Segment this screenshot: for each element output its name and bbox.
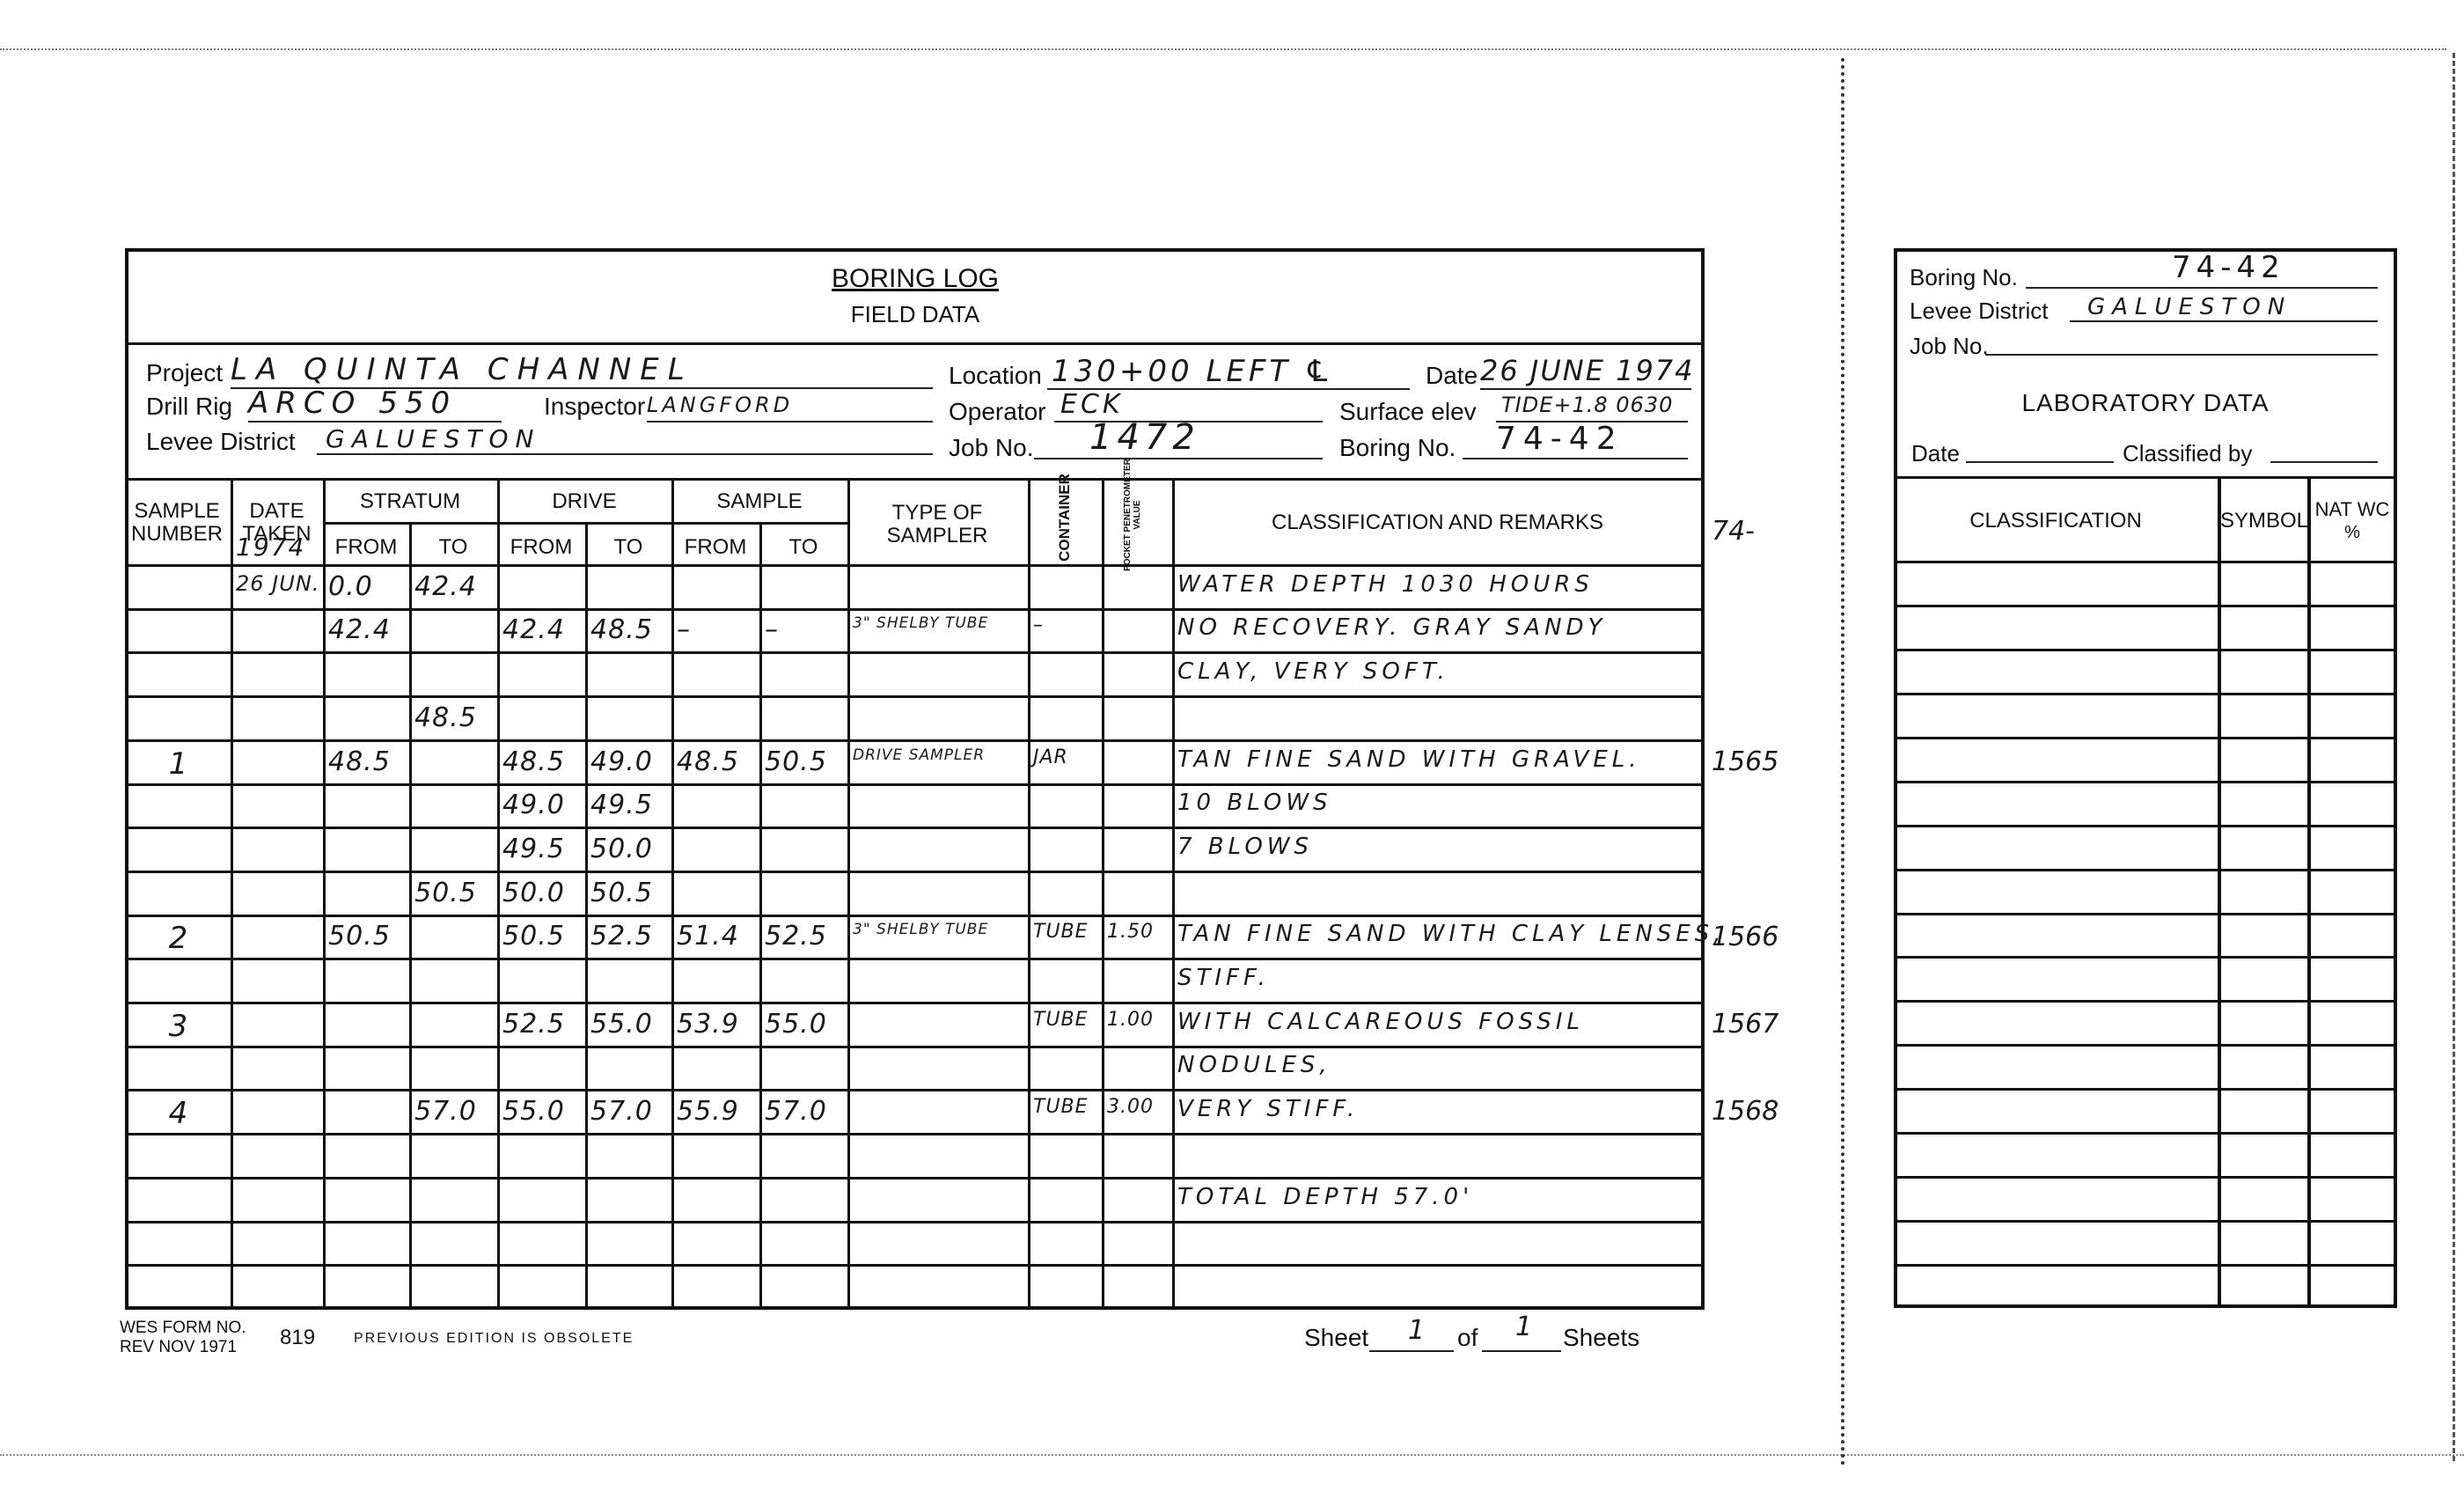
cell-drive-from[interactable]: 42.4	[502, 614, 582, 645]
cell-sample-number[interactable]: 3	[130, 1009, 227, 1044]
cell-container[interactable]: TUBE	[1033, 921, 1098, 943]
row-line	[125, 1046, 1705, 1048]
header-drive-from: FROM	[497, 535, 585, 560]
column-line	[847, 564, 850, 1308]
cell-sample-number[interactable]: 2	[130, 921, 227, 956]
row-line	[125, 1177, 1705, 1179]
margin-sample-id: 1567	[1712, 1009, 1778, 1040]
cell-drive-to[interactable]: 57.0	[590, 1096, 668, 1127]
of-label: of	[1457, 1324, 1478, 1352]
lab-table-row	[1894, 605, 2397, 607]
operator-label: Operator	[949, 398, 1046, 426]
location-value[interactable]: 130+00 LEFT ℄	[1052, 354, 1335, 389]
cell-stratum-from[interactable]: 0.0	[328, 571, 406, 602]
lab-boring-no-underline	[2026, 287, 2378, 289]
lab-table-row	[1894, 781, 2397, 783]
cell-type-of-sampler[interactable]: 3" SHELBY TUBE	[853, 921, 1024, 938]
row-line	[125, 1133, 1705, 1135]
cell-penetrometer-value[interactable]: 1.00	[1107, 1009, 1169, 1031]
column-line	[671, 564, 674, 1308]
header-column-line	[231, 478, 233, 564]
row-line	[125, 783, 1705, 786]
cell-sample-to[interactable]: 55.0	[765, 1009, 844, 1040]
form-title: BORING LOG	[0, 264, 1830, 294]
lab-table-row	[1894, 913, 2397, 915]
cell-sample-to[interactable]: 52.5	[765, 921, 844, 952]
cell-remarks[interactable]: WATER DEPTH 1030 HOURS	[1177, 571, 1701, 598]
lab-levee-district-value[interactable]: GALUESTON	[2087, 294, 2292, 320]
cell-sample-to[interactable]: –	[765, 614, 844, 645]
header-column-line	[671, 478, 674, 564]
column-line	[409, 564, 412, 1308]
column-line	[231, 564, 233, 1308]
cell-drive-to[interactable]: 49.0	[590, 746, 668, 777]
header-subcolumn-line	[409, 522, 412, 564]
margin-sample-id: 1565	[1712, 746, 1778, 777]
project-label: Project	[146, 359, 223, 387]
cell-remarks[interactable]: TAN FINE SAND WITH CLAY LENSES,	[1177, 921, 1701, 947]
cell-container[interactable]: –	[1033, 614, 1098, 636]
boring-no-underline	[1463, 458, 1688, 459]
row-line	[125, 1264, 1705, 1267]
cell-drive-to[interactable]: 50.5	[590, 878, 668, 908]
lab-col-line	[2218, 476, 2221, 1308]
lab-job-no-label: Job No.	[1910, 333, 1989, 360]
cell-stratum-to[interactable]: 50.5	[414, 878, 494, 908]
header-column-line	[1028, 478, 1030, 564]
cell-remarks[interactable]: VERY STIFF.	[1177, 1096, 1701, 1122]
boring-no-value[interactable]: 74-42	[1496, 421, 1624, 457]
date-value[interactable]: 26 JUNE 1974	[1480, 354, 1695, 387]
row-line	[125, 871, 1705, 873]
lab-table-row	[1894, 1088, 2397, 1091]
cell-type-of-sampler[interactable]: DRIVE SAMPLER	[853, 746, 1024, 764]
column-line	[1028, 564, 1030, 1308]
date-label: Date	[1426, 362, 1478, 390]
column-line	[759, 564, 762, 1308]
levee-district-underline	[317, 453, 933, 455]
sheet-value[interactable]: 1	[1408, 1315, 1428, 1346]
surface-elev-label: Surface elev	[1339, 398, 1477, 426]
of-underline	[1482, 1350, 1561, 1352]
of-value[interactable]: 1	[1515, 1312, 1536, 1342]
inspector-value[interactable]: LANGFORD	[647, 393, 793, 417]
cell-stratum-from[interactable]: 48.5	[328, 746, 406, 777]
cell-sample-from[interactable]: 55.9	[677, 1096, 756, 1127]
row-line	[125, 958, 1705, 960]
date-underline	[1480, 388, 1691, 390]
header-date-year: 1974	[236, 533, 305, 562]
cell-remarks[interactable]: 7 BLOWS	[1177, 834, 1701, 860]
cell-sample-number[interactable]: 4	[130, 1096, 227, 1131]
row-line	[125, 915, 1705, 917]
lab-table-row	[1894, 649, 2397, 651]
lab-title: LABORATORY DATA	[1894, 389, 2397, 417]
location-label: Location	[949, 362, 1042, 390]
job-no-label: Job No.	[949, 434, 1034, 462]
form-number-block: WES FORM NO. REV NOV 1971	[120, 1319, 246, 1357]
row-line	[125, 1089, 1705, 1091]
cell-drive-to[interactable]: 55.0	[590, 1009, 668, 1040]
cell-drive-from[interactable]: 49.5	[502, 834, 582, 864]
divider	[1894, 476, 2397, 479]
cell-container[interactable]: TUBE	[1033, 1096, 1098, 1118]
divider	[125, 564, 1705, 567]
header-drive: DRIVE	[497, 489, 671, 514]
lab-levee-district-underline	[2070, 320, 2378, 322]
cell-sample-from[interactable]: 51.4	[677, 921, 756, 952]
levee-district-label: Levee District	[146, 428, 296, 456]
cell-remarks[interactable]: CLAY, VERY SOFT.	[1177, 658, 1701, 685]
cell-remarks[interactable]: STIFF.	[1177, 965, 1701, 991]
header-column-line	[323, 478, 326, 564]
cell-sample-from[interactable]: 53.9	[677, 1009, 756, 1040]
cell-stratum-from[interactable]: 42.4	[328, 614, 406, 645]
job-no-underline	[1034, 458, 1323, 459]
header-column-line	[1102, 478, 1104, 564]
divider	[1894, 561, 2397, 563]
cell-stratum-to[interactable]: 57.0	[414, 1096, 494, 1127]
lab-date-underline	[1966, 461, 2114, 463]
lab-table-row	[1894, 956, 2397, 959]
header-stratum-to: TO	[409, 535, 497, 560]
column-line	[323, 564, 326, 1308]
lab-table-row	[1894, 1220, 2397, 1223]
margin-sample-id: 74-	[1712, 516, 1755, 547]
lab-classified-by-label: Classified by	[2123, 440, 2252, 467]
header-sample-number: SAMPLE NUMBER	[125, 500, 229, 546]
lab-table-row	[1894, 1264, 2397, 1267]
drill-rig-label: Drill Rig	[146, 393, 232, 421]
sheets-label: Sheets	[1563, 1324, 1639, 1352]
header-column-line	[1172, 478, 1175, 564]
lab-job-no-underline	[1985, 354, 2378, 356]
cell-type-of-sampler[interactable]: 3" SHELBY TUBE	[853, 614, 1024, 632]
cell-stratum-to[interactable]: 48.5	[414, 702, 494, 733]
lab-table-row	[1894, 1176, 2397, 1179]
divider	[125, 478, 1705, 481]
lab-classified-by-underline	[2270, 461, 2378, 463]
lab-header-symbol: SYMBOL	[2219, 509, 2309, 533]
header-stratum-from: FROM	[323, 535, 409, 560]
header-classification-remarks: CLASSIFICATION AND REMARKS	[1172, 511, 1703, 535]
project-value[interactable]: LA QUINTA CHANNEL	[231, 352, 693, 387]
lab-table-row	[1894, 1044, 2397, 1047]
row-line	[125, 695, 1705, 698]
header-sample-from: FROM	[671, 535, 759, 560]
levee-district-value[interactable]: GALUESTON	[326, 424, 541, 453]
margin-sample-id: 1568	[1712, 1096, 1778, 1127]
form-no-line1: WES FORM NO.	[120, 1319, 246, 1338]
header-sample: SAMPLE	[671, 489, 847, 514]
form-subtitle: FIELD DATA	[0, 301, 1830, 328]
cell-drive-to[interactable]: 48.5	[590, 614, 668, 645]
cell-remarks[interactable]: TAN FINE SAND WITH GRAVEL.	[1177, 746, 1701, 773]
sheet-underline	[1369, 1350, 1454, 1352]
inspector-underline	[647, 421, 933, 423]
header-column-line	[847, 478, 850, 564]
header-column-line	[497, 478, 500, 564]
column-line	[1172, 564, 1175, 1308]
column-line	[585, 564, 588, 1308]
cell-penetrometer-value[interactable]: 1.50	[1107, 921, 1169, 943]
column-line	[1102, 564, 1104, 1308]
header-pocket-penetrometer: POCKET PENETROMETER VALUE	[1123, 458, 1142, 572]
header-type-of-sampler: TYPE OF SAMPLER	[867, 502, 1008, 547]
lab-header-nat-wc: NAT WC	[2309, 498, 2395, 521]
lab-table-row	[1894, 825, 2397, 827]
form-no-line2: REV NOV 1971	[120, 1338, 246, 1357]
cell-drive-from[interactable]: 49.0	[502, 790, 582, 820]
row-line	[125, 1002, 1705, 1004]
form-number: 819	[280, 1326, 315, 1350]
cell-remarks[interactable]: TOTAL DEPTH 57.0'	[1177, 1184, 1701, 1210]
cell-drive-from[interactable]: 50.0	[502, 878, 582, 908]
divider	[125, 342, 1705, 345]
lab-boring-no-value[interactable]: 74-42	[2172, 250, 2285, 285]
column-line	[497, 564, 500, 1308]
cell-sample-number[interactable]: 1	[130, 746, 227, 782]
cell-drive-from[interactable]: 48.5	[502, 746, 582, 777]
cell-date-taken[interactable]: 26 JUN.	[236, 571, 319, 596]
cell-penetrometer-value[interactable]: 3.00	[1107, 1096, 1169, 1118]
cell-stratum-from[interactable]: 50.5	[328, 921, 406, 952]
perforation-line	[1841, 58, 1844, 1466]
lab-table-row	[1894, 693, 2397, 695]
cell-container[interactable]: JAR	[1033, 746, 1098, 768]
margin-sample-id: 1566	[1712, 922, 1778, 952]
cell-drive-from[interactable]: 50.5	[502, 921, 582, 952]
lab-header-classification: CLASSIFICATION	[1894, 509, 2218, 533]
lab-table-row	[1894, 1132, 2397, 1135]
cell-sample-to[interactable]: 50.5	[765, 746, 844, 777]
lab-table-row	[1894, 869, 2397, 871]
cell-drive-to[interactable]: 49.5	[590, 790, 668, 820]
job-no-value[interactable]: 1472	[1089, 417, 1200, 458]
lab-col-line	[2307, 476, 2311, 1308]
page-right-edge	[2453, 53, 2455, 1461]
cell-remarks[interactable]: WITH CALCAREOUS FOSSIL	[1177, 1009, 1701, 1035]
lab-header-nat-wc-unit: %	[2309, 523, 2395, 543]
drill-rig-underline	[248, 421, 502, 423]
row-line	[125, 739, 1705, 742]
lab-date-label: Date	[1911, 440, 1960, 467]
drill-rig-value[interactable]: ARCO 550	[248, 386, 457, 421]
cell-sample-from[interactable]: –	[677, 614, 756, 645]
surface-elev-value[interactable]: TIDE+1.8 0630	[1501, 393, 1673, 417]
cell-remarks[interactable]: NODULES,	[1177, 1052, 1701, 1078]
cell-stratum-to[interactable]: 42.4	[414, 571, 494, 602]
operator-value[interactable]: ECK	[1060, 389, 1124, 420]
boring-no-label: Boring No.	[1339, 434, 1456, 462]
header-subcolumn-line	[585, 522, 588, 564]
page-top-edge	[0, 48, 2446, 50]
row-line	[125, 608, 1705, 611]
row-line	[125, 827, 1705, 829]
cell-drive-from[interactable]: 55.0	[502, 1096, 582, 1127]
cell-container[interactable]: TUBE	[1033, 1009, 1098, 1031]
row-line	[125, 1221, 1705, 1223]
sheet-label: Sheet	[1304, 1324, 1368, 1352]
row-line	[125, 651, 1705, 654]
header-container: CONTAINER	[1056, 465, 1074, 570]
header-subcolumn-line	[759, 522, 762, 564]
cell-sample-from[interactable]: 48.5	[677, 746, 756, 777]
cell-sample-to[interactable]: 57.0	[765, 1096, 844, 1127]
lab-levee-district-label: Levee District	[1910, 298, 2049, 325]
cell-remarks[interactable]: NO RECOVERY. GRAY SANDY	[1177, 614, 1701, 641]
cell-drive-to[interactable]: 52.5	[590, 921, 668, 952]
header-stratum: STRATUM	[323, 489, 497, 514]
inspector-label: Inspector	[544, 393, 645, 421]
lab-table-row	[1894, 737, 2397, 739]
header-drive-to: TO	[585, 535, 671, 560]
cell-remarks[interactable]: 10 BLOWS	[1177, 790, 1701, 816]
obsolete-note: PREVIOUS EDITION IS OBSOLETE	[354, 1331, 634, 1347]
lab-boring-no-label: Boring No.	[1910, 264, 2018, 291]
header-sample-to: TO	[759, 535, 847, 560]
cell-drive-from[interactable]: 52.5	[502, 1009, 582, 1040]
page-bottom-edge	[0, 1454, 2464, 1456]
cell-drive-to[interactable]: 50.0	[590, 834, 668, 864]
lab-table-row	[1894, 1000, 2397, 1003]
